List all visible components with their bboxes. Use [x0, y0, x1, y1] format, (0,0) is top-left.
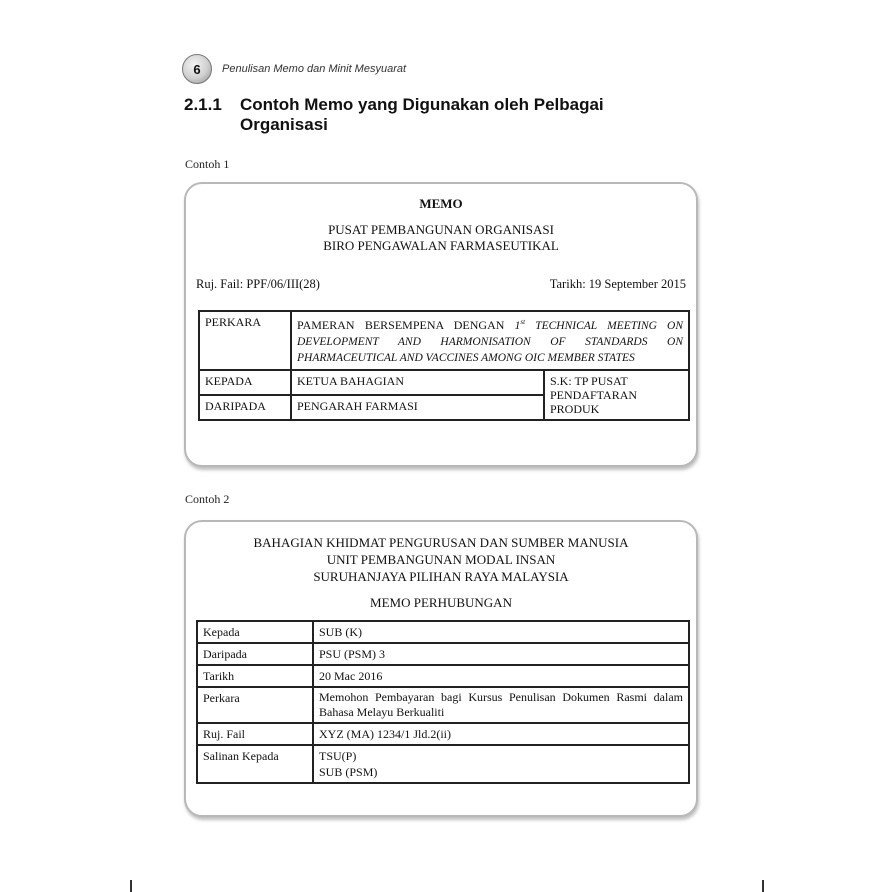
example-1-label: Contoh 1 [185, 157, 229, 172]
section-title-line2: Organisasi [184, 115, 644, 135]
cc-value: S.K: TP PUSAT PENDAFTARAN PRODUK [544, 370, 689, 420]
subject-value: PAMERAN BERSEMPENA DENGAN 1st TECHNICAL … [291, 311, 689, 370]
row-value: SUB (K) [313, 621, 689, 643]
memo-organization: BAHAGIAN KHIDMAT PENGURUSAN DAN SUMBER M… [186, 534, 696, 585]
crop-mark [762, 880, 764, 892]
org-line: BIRO PENGAWALAN FARMASEUTIKAL [186, 238, 696, 254]
memo-organization: PUSAT PEMBANGUNAN ORGANISASI BIRO PENGAW… [186, 222, 696, 254]
row-value: XYZ (MA) 1234/1 Jld.2(ii) [313, 723, 689, 745]
org-line: SURUHANJAYA PILIHAN RAYA MALAYSIA [186, 568, 696, 585]
running-header: 6 Penulisan Memo dan Minit Mesyuarat [182, 54, 406, 84]
crop-mark [130, 880, 132, 892]
row-label: Perkara [197, 687, 313, 723]
section-number: 2.1.1 [184, 95, 240, 115]
section-title-line1: Contoh Memo yang Digunakan oleh Pelbagai [240, 95, 604, 114]
memo-date: Tarikh: 19 September 2015 [550, 277, 686, 292]
org-line: UNIT PEMBANGUNAN MODAL INSAN [186, 551, 696, 568]
row-label: Kepada [197, 621, 313, 643]
table-row: Tarikh 20 Mac 2016 [197, 665, 689, 687]
table-row: PERKARA PAMERAN BERSEMPENA DENGAN 1st TE… [199, 311, 689, 370]
chapter-number-badge: 6 [182, 54, 212, 84]
memo-table: Kepada SUB (K) Daripada PSU (PSM) 3 Tari… [196, 620, 690, 784]
example-2-label: Contoh 2 [185, 492, 229, 507]
row-value: PSU (PSM) 3 [313, 643, 689, 665]
org-line: BAHAGIAN KHIDMAT PENGURUSAN DAN SUMBER M… [186, 534, 696, 551]
org-line: PUSAT PEMBANGUNAN ORGANISASI [186, 222, 696, 238]
table-row: Salinan Kepada TSU(P) SUB (PSM) [197, 745, 689, 783]
memo-example-2: BAHAGIAN KHIDMAT PENGURUSAN DAN SUMBER M… [184, 520, 698, 817]
file-reference: Ruj. Fail: PPF/06/III(28) [196, 277, 320, 292]
table-row: Kepada SUB (K) [197, 621, 689, 643]
table-row: KEPADA KETUA BAHAGIAN S.K: TP PUSAT PEND… [199, 370, 689, 395]
row-value: 20 Mac 2016 [313, 665, 689, 687]
subject-label: PERKARA [199, 311, 291, 370]
memo-title: MEMO [186, 196, 696, 212]
chapter-title: Penulisan Memo dan Minit Mesyuarat [222, 63, 406, 75]
row-value: Memohon Pembayaran bagi Kursus Penulisan… [313, 687, 689, 723]
row-label: Salinan Kepada [197, 745, 313, 783]
subject-prefix: PAMERAN BERSEMPENA DENGAN [297, 318, 504, 332]
from-label: DARIPADA [199, 395, 291, 420]
section-heading: 2.1.1Contoh Memo yang Digunakan oleh Pel… [184, 95, 644, 135]
row-value: TSU(P) SUB (PSM) [313, 745, 689, 783]
row-label: Daripada [197, 643, 313, 665]
from-value: PENGARAH FARMASI [291, 395, 544, 420]
row-value-line: SUB (PSM) [319, 764, 683, 780]
row-label: Ruj. Fail [197, 723, 313, 745]
subject-ordinal-suffix: st [520, 318, 525, 326]
memo-example-1: MEMO PUSAT PEMBANGUNAN ORGANISASI BIRO P… [184, 182, 698, 467]
table-row: Perkara Memohon Pembayaran bagi Kursus P… [197, 687, 689, 723]
table-row: Ruj. Fail XYZ (MA) 1234/1 Jld.2(ii) [197, 723, 689, 745]
row-label: Tarikh [197, 665, 313, 687]
table-row: Daripada PSU (PSM) 3 [197, 643, 689, 665]
memo-table: PERKARA PAMERAN BERSEMPENA DENGAN 1st TE… [198, 310, 690, 421]
row-value-line: TSU(P) [319, 748, 683, 764]
to-value: KETUA BAHAGIAN [291, 370, 544, 395]
to-label: KEPADA [199, 370, 291, 395]
memo-title: MEMO PERHUBUNGAN [186, 595, 696, 611]
